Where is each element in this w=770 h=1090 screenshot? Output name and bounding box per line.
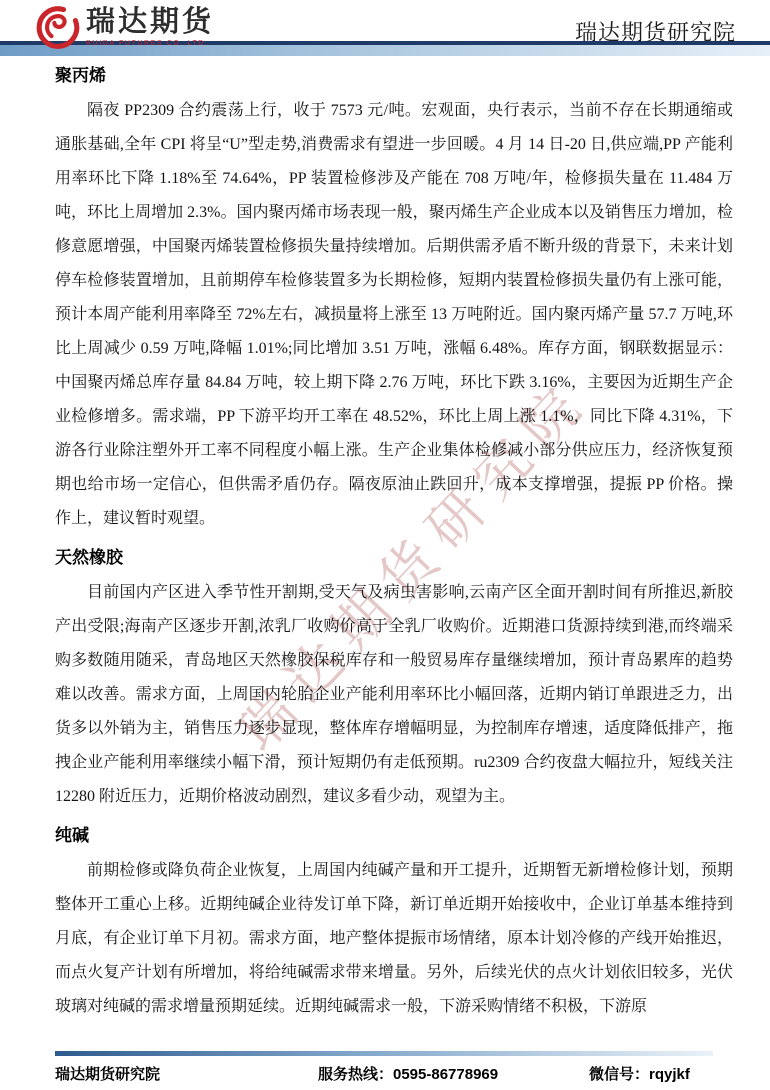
footer-org-name: 瑞达期货研究院 (55, 1063, 160, 1084)
section-polypropylene: 聚丙烯 隔夜 PP2309 合约震荡上行，收于 7573 元/吨。宏观面，央行表… (55, 66, 733, 536)
section-paragraph: 目前国内产区进入季节性开割期,受天气及病虫害影响,云南产区全面开割时间有所推迟,… (55, 576, 733, 814)
brand-text: 瑞达期货 RUIDA FUTURES CO.,LTD. (86, 5, 214, 47)
footer-wechat-id: 微信号：rqyjkf (589, 1063, 690, 1084)
section-natural-rubber: 天然橡胶 目前国内产区进入季节性开割期,受天气及病虫害影响,云南产区全面开割时间… (55, 548, 733, 814)
ruida-swirl-logo-icon (36, 5, 80, 49)
page-header: 瑞达期货 RUIDA FUTURES CO.,LTD. 瑞达期货研究院 (0, 0, 770, 58)
footer-service-hotline: 服务热线：0595-86778969 (318, 1063, 498, 1084)
footer-divider-gradient (55, 1051, 713, 1056)
section-soda-ash: 纯碱 前期检修或降负荷企业恢复，上周国内纯碱产量和开工提升，近期暂无新增检修计划… (55, 826, 733, 1024)
section-paragraph: 隔夜 PP2309 合约震荡上行，收于 7573 元/吨。宏观面，央行表示，当前… (55, 94, 733, 536)
brand-name-en: RUIDA FUTURES CO.,LTD. (86, 40, 214, 47)
header-title: 瑞达期货研究院 (575, 16, 736, 47)
page-footer: 瑞达期货研究院 服务热线：0595-86778969 微信号：rqyjkf (0, 1045, 770, 1090)
section-heading: 聚丙烯 (55, 66, 733, 86)
footer-row: 瑞达期货研究院 服务热线：0595-86778969 微信号：rqyjkf (55, 1063, 713, 1087)
report-body: 聚丙烯 隔夜 PP2309 合约震荡上行，收于 7573 元/吨。宏观面，央行表… (55, 58, 733, 1048)
brand-name-cn: 瑞达期货 (86, 8, 214, 37)
section-heading: 纯碱 (55, 826, 733, 846)
section-heading: 天然橡胶 (55, 548, 733, 568)
section-paragraph: 前期检修或降负荷企业恢复，上周国内纯碱产量和开工提升，近期暂无新增检修计划，预期… (55, 854, 733, 1024)
company-logo: 瑞达期货 RUIDA FUTURES CO.,LTD. (36, 5, 214, 49)
